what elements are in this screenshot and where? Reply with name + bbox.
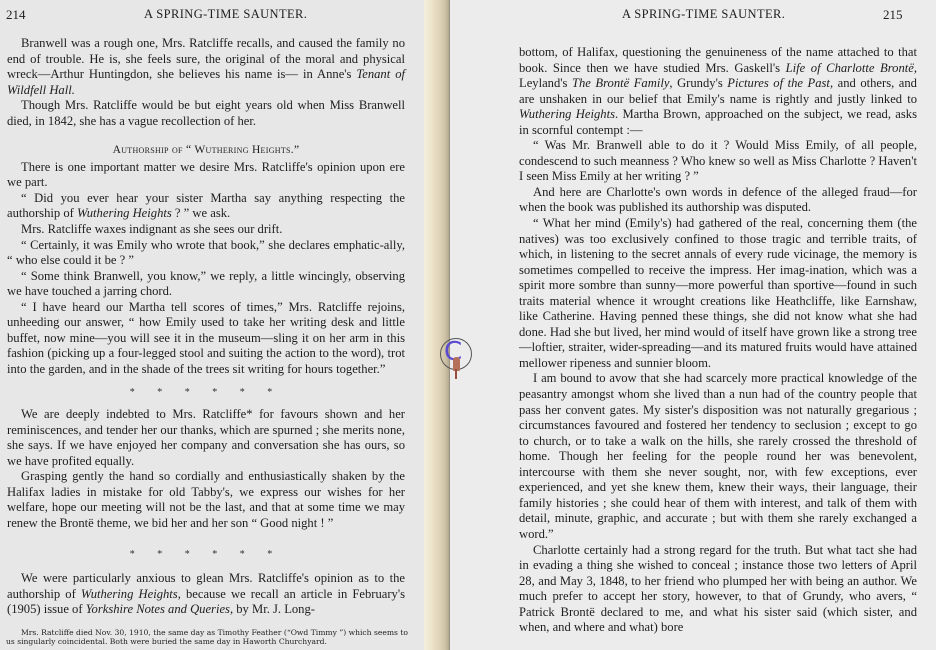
paragraph: Mrs. Ratcliffe waxes indignant as she se… — [7, 222, 405, 238]
paragraph: “ Certainly, it was Emily who wrote that… — [7, 238, 405, 269]
figure-icon-stem — [455, 369, 457, 379]
book-gutter — [424, 0, 450, 650]
left-page: 214 A SPRING-TIME SAUNTER. Branwell was … — [0, 0, 424, 650]
paragraph: There is one important matter we desire … — [7, 160, 405, 191]
footnote: Mrs. Ratcliffe died Nov. 30, 1910, the s… — [6, 628, 408, 646]
page-number: 215 — [883, 7, 903, 23]
left-page-body: Branwell was a rough one, Mrs. Ratcliffe… — [7, 36, 405, 618]
paragraph: “ Some think Branwell, you know,” we rep… — [7, 269, 405, 300]
paragraph: Grasping gently the hand so cordially an… — [7, 469, 405, 531]
right-page-body: bottom, of Halifax, questioning the genu… — [519, 45, 917, 636]
paragraph: Branwell was a rough one, Mrs. Ratcliffe… — [7, 36, 405, 98]
section-break: * * * * * * — [7, 547, 405, 563]
paragraph: I am bound to avow that she had scarcely… — [519, 371, 917, 542]
page-number: 214 — [6, 7, 26, 23]
paragraph: “ Did you ever hear your sister Martha s… — [7, 191, 405, 222]
paragraph: Though Mrs. Ratcliffe would be but eight… — [7, 98, 405, 129]
paragraph: bottom, of Halifax, questioning the genu… — [519, 45, 917, 138]
paragraph: “ I have heard our Martha tell scores of… — [7, 300, 405, 378]
section-break: * * * * * * — [7, 385, 405, 401]
paragraph: “ Was Mr. Branwell able to do it ? Would… — [519, 138, 917, 185]
paragraph: We were particularly anxious to glean Mr… — [7, 571, 405, 618]
paragraph: “ What her mind (Emily's) had gathered o… — [519, 216, 917, 371]
running-head: A SPRING-TIME SAUNTER. — [622, 7, 785, 22]
right-page: A SPRING-TIME SAUNTER. 215 bottom, of Ha… — [450, 0, 936, 650]
paragraph: Charlotte certainly had a strong regard … — [519, 543, 917, 636]
section-heading: Authorship of “ Wuthering Heights.” — [7, 143, 405, 159]
running-head: A SPRING-TIME SAUNTER. — [144, 7, 307, 22]
paragraph: And here are Charlotte's own words in de… — [519, 185, 917, 216]
paragraph: We are deeply indebted to Mrs. Ratcliffe… — [7, 407, 405, 469]
